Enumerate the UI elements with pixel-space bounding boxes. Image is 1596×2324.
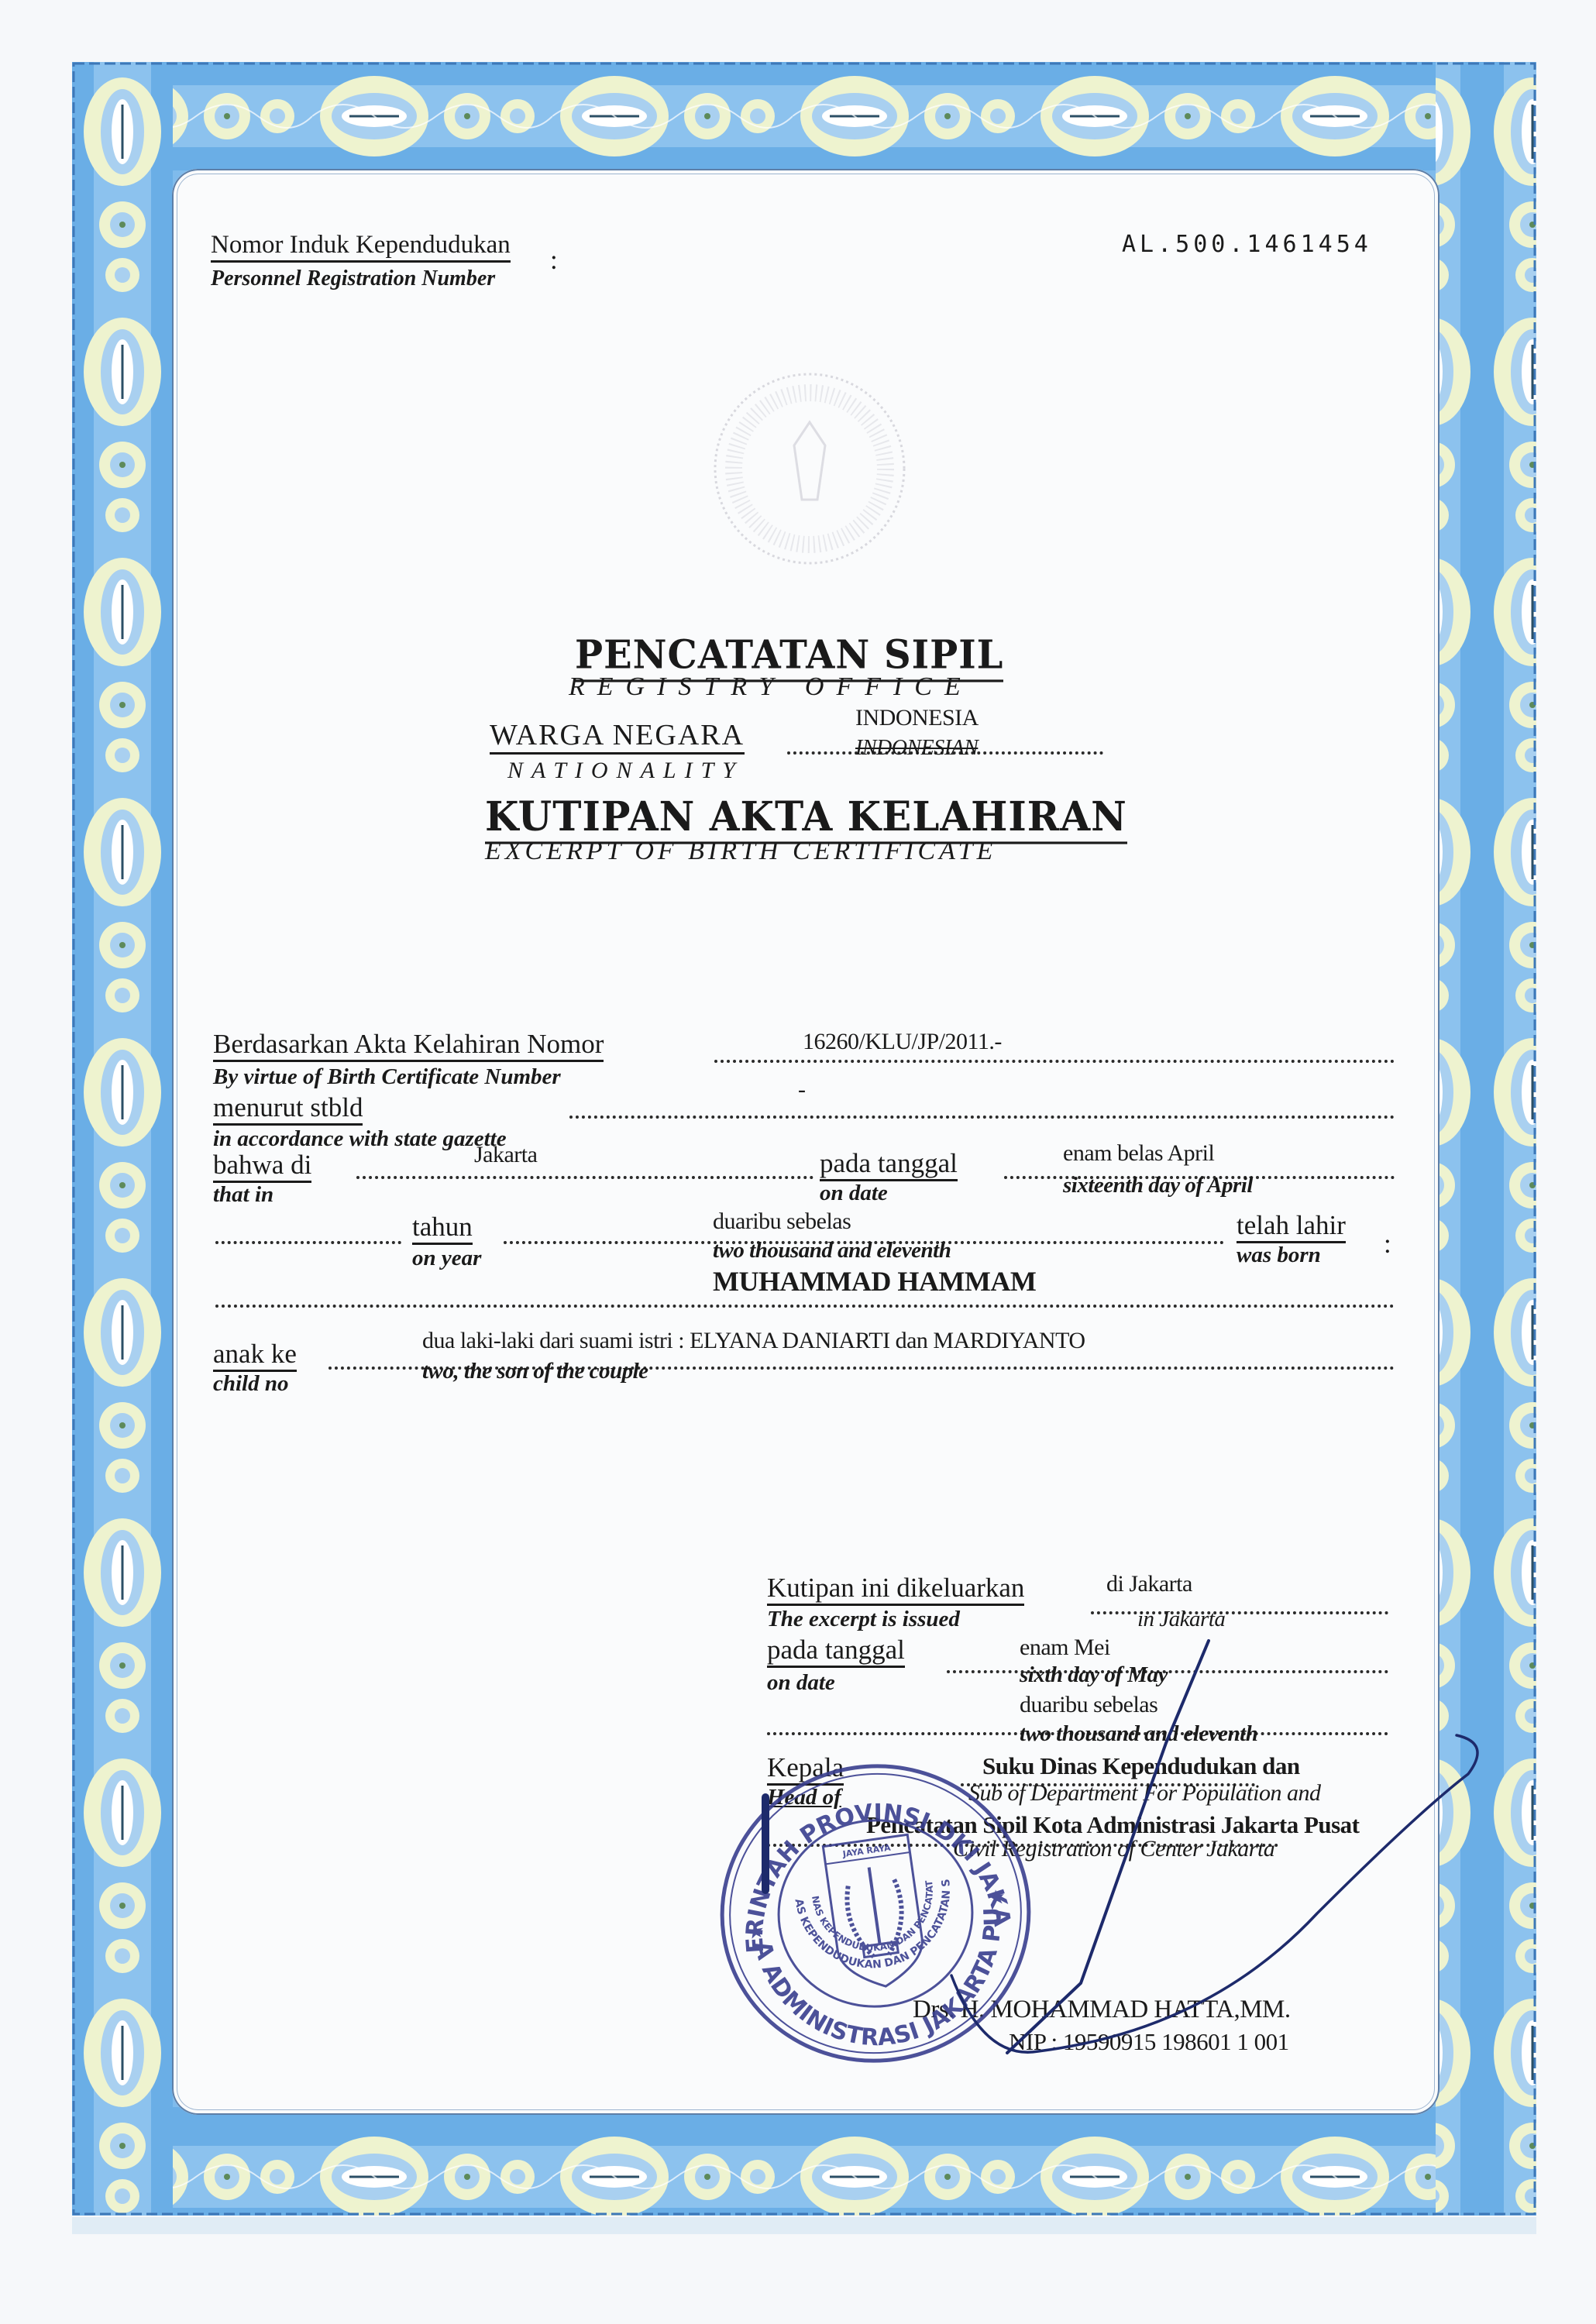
issued-date-label: pada tanggal (767, 1636, 905, 1668)
birth-year-label-en: on year (412, 1247, 481, 1270)
born-colon: : (1384, 1230, 1391, 1257)
child-no-value: dua laki-laki dari suami istri : ELYANA … (422, 1329, 1085, 1353)
nationality-label-en: NATIONALITY (507, 758, 744, 784)
office-line1-en: Sub of Department For Population and (968, 1782, 1320, 1805)
birth-date-value-en: sixteenth day of April (1063, 1174, 1253, 1197)
child-no-label-en: child no (213, 1373, 289, 1395)
birth-date-value: enam belas April (1063, 1142, 1214, 1165)
head-label-en: Head of (767, 1786, 841, 1809)
place-dots (356, 1176, 813, 1179)
place-value: Jakarta (474, 1143, 537, 1167)
office-line2-en: Civil Registration of Center Jakarta (953, 1838, 1274, 1861)
cert-number-dots (714, 1060, 1395, 1063)
birth-year-label: tahun (412, 1213, 473, 1245)
cert-number-label-en: By virtue of Birth Certificate Number (213, 1066, 561, 1088)
born-label-en: was born (1237, 1244, 1321, 1267)
registration-colon: : (550, 246, 558, 273)
document-title-en: EXCERPT OF BIRTH CERTIFICATE (485, 837, 996, 866)
issued-date-en: sixth day of May (1020, 1664, 1168, 1686)
cert-number-label: Berdasarkan Akta Kelahiran Nomor (213, 1030, 604, 1062)
registration-label-en: Personnel Registration Number (211, 268, 495, 290)
stbld-label: menurut stbld (213, 1094, 363, 1126)
signatory-nip: NIP : 19590915 198601 1 001 (1009, 2030, 1289, 2054)
birth-year-value-en: two thousand and eleventh (713, 1239, 951, 1262)
stbld-value: - (798, 1078, 806, 1102)
birth-date-label: pada tanggal (820, 1150, 958, 1181)
issued-place: di Jakarta (1106, 1573, 1192, 1596)
office-line1: Suku Dinas Kependudukan dan (982, 1754, 1300, 1778)
nationality-value-en: INDONESIAN (855, 737, 978, 759)
child-name: MUHAMMAD HAMMAM (713, 1267, 1036, 1295)
signatory-name: Drs. H. MOHAMMAD HATTA,MM. (913, 1997, 1291, 2023)
child-name-dots (215, 1305, 1395, 1308)
nationality-value: INDONESIA (855, 706, 979, 730)
issued-year: duaribu sebelas (1020, 1693, 1157, 1717)
stbld-dots (569, 1116, 1395, 1119)
birth-date-label-en: on date (820, 1182, 888, 1205)
issued-label: Kutipan ini dikeluarkan (767, 1574, 1024, 1606)
registration-number: AL.500.1461454 (1122, 231, 1372, 258)
issued-place-en: in Jakarta (1137, 1608, 1225, 1631)
born-label: telah lahir (1237, 1212, 1346, 1243)
cert-number-value: 16260/KLU/JP/2011.- (803, 1030, 1002, 1054)
year-leading-dots (215, 1241, 401, 1244)
issued-date-label-en: on date (767, 1672, 835, 1694)
office-line2: Pencatatan Sipil Kota Administrasi Jakar… (866, 1813, 1360, 1837)
place-label: bahwa di (213, 1151, 311, 1183)
issued-date-dots (947, 1670, 1388, 1673)
issued-date: enam Mei (1020, 1636, 1110, 1659)
nationality-label: WARGA NEGARA (490, 720, 745, 755)
child-no-label: anak ke (213, 1340, 297, 1372)
office-title-en: REGISTRY OFFICE (569, 672, 973, 702)
issued-year-en: two thousand and eleventh (1020, 1723, 1257, 1745)
birth-year-value: duaribu sebelas (713, 1210, 851, 1233)
head-label: Kepala (767, 1754, 844, 1786)
stbld-label-en: in accordance with state gazette (213, 1128, 507, 1150)
child-no-value-en: two, the son of the couple (422, 1360, 648, 1383)
registration-label: Nomor Induk Kependudukan (211, 232, 511, 263)
issued-dots (1091, 1611, 1388, 1614)
issued-label-en: The excerpt is issued (767, 1608, 960, 1631)
place-label-en: that in (213, 1184, 273, 1206)
